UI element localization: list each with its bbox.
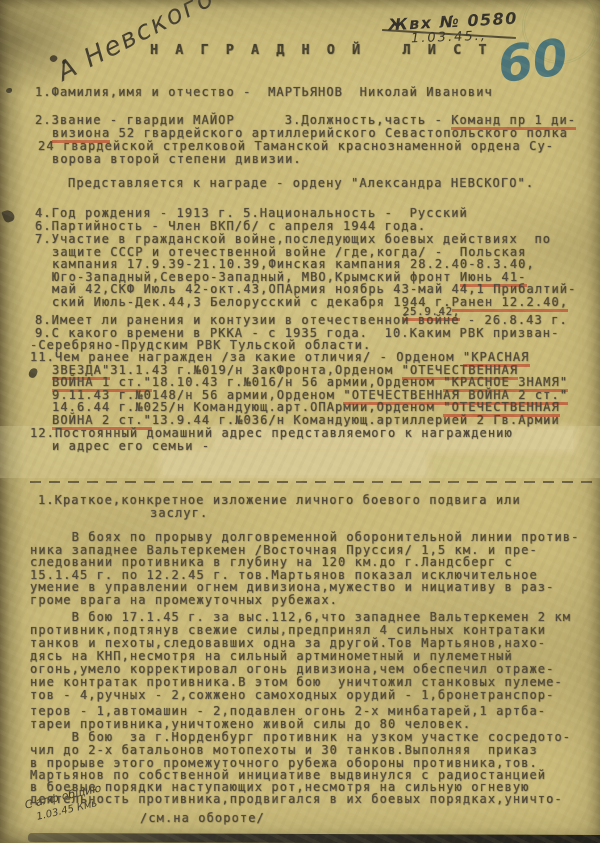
typed-line: ВОЙНА 2 ст."13.9.44 г.№036/н Командующ.а… xyxy=(52,414,560,426)
typed-line: ворова второй степени дивизии. xyxy=(52,153,302,165)
typed-line: следовании противника в глубину на 120 к… xyxy=(30,556,513,568)
typed-line: тов - 4,ручных - 2,сожжено самоходных ор… xyxy=(30,689,554,701)
typed-line: 24 гвардейской стрелковой Таманской крас… xyxy=(38,140,554,152)
document-title: Н А Г Р А Д Н О Й Л И С Т xyxy=(150,44,491,56)
typed-text: кампания 17.9.39-21.10.39,Финская кампан… xyxy=(52,257,535,271)
typed-line: тареи противника,уничтожено живой силы д… xyxy=(30,718,471,730)
typed-line: ВОЙНА 1 ст."18.10.43 г.№016/н 56 армии,О… xyxy=(52,376,568,388)
typed-line: В бою за г.Норденбург противник на узком… xyxy=(30,731,571,743)
typed-line: май 42,СКФ Июль 42-окт.43,ОПАрмия ноябрь… xyxy=(52,283,576,295)
typed-line: Представляется к награде - ордену "Алекс… xyxy=(68,177,534,189)
typed-text: 14.6.44 г.№025/н Командующ.арт.ОПАрмии,О… xyxy=(52,400,443,414)
typed-line: визиона 52 гвардейского артиллерийского … xyxy=(52,127,568,139)
typed-text: ский Июль-Дек.44,3 Белорусский с декабря… xyxy=(52,295,452,309)
typed-line: громе врага на промежуточных рубежах. xyxy=(30,594,338,606)
typed-text: В боях по прорыву долговременной оборони… xyxy=(30,530,579,544)
typed-line: умение в управлении огнем дивизиона,муже… xyxy=(30,581,554,593)
typed-text: умение в управлении огнем дивизиона,муже… xyxy=(30,580,554,594)
typed-text: 52 гвардейского артиллерийского Севастоп… xyxy=(110,126,568,140)
typed-text: заслуг. xyxy=(150,506,208,520)
redacted-address-block-2 xyxy=(163,452,425,475)
typed-text: деятельность противника,продвигался в их… xyxy=(30,792,563,806)
typed-text: /см.на обороте/ xyxy=(140,811,265,825)
ink-mark xyxy=(28,367,38,379)
typed-text: громе врага на промежуточных рубежах. xyxy=(30,593,338,607)
typed-text: огонь,умело корректировал огонь дивизион… xyxy=(30,662,554,676)
typed-text: 11.Чем ранее награжден /за какие отличия… xyxy=(30,350,463,364)
typed-line: 7.Участие в гражданской войне,последующи… xyxy=(35,233,551,245)
typed-text: 2.Звание - гвардии МАЙОР 3.Должность,час… xyxy=(35,113,451,127)
typed-text: Н А Г Р А Д Н О Й Л И С Т xyxy=(150,42,491,58)
ink-mark xyxy=(1,208,15,223)
typed-line: 12.Постоянный домашний адрес представляе… xyxy=(30,427,513,439)
typed-text: 24 гвардейской стрелковой Таманской крас… xyxy=(38,139,554,153)
typed-text: тареи противника,уничтожено живой силы д… xyxy=(30,717,471,731)
typed-line: противник,подтянув свежие силы,предприня… xyxy=(30,624,546,636)
scan-edge-artifact xyxy=(28,833,600,843)
award-sheet-page: А Невского Жвх № 0580 1.03.45., 60 С алф… xyxy=(0,0,600,843)
typed-text: следовании противника в глубину на 120 к… xyxy=(30,555,513,569)
typed-line: 8.Имеет ли ранения и контузии в отечеств… xyxy=(35,314,568,326)
typed-text: теров - 1,автомашин - 2,подавлен огонь 2… xyxy=(30,704,546,718)
typed-line: заслуг. xyxy=(150,507,208,519)
typed-text: В бою 17.1.45 г. за выс.112,6,что западн… xyxy=(30,610,571,624)
typed-line: 14.6.44 г.№025/н Командующ.арт.ОПАрмии,О… xyxy=(52,401,560,413)
typed-line: 1.Фамилия,имя и отчество - МАРТЬЯНОВ Ник… xyxy=(35,86,493,98)
typed-line: и адрес его семьи - xyxy=(52,440,210,452)
typed-text: 6.Партийность - Член ВКП/б/ с апреля 194… xyxy=(35,219,426,233)
typed-text: противник,подтянув свежие силы,предприня… xyxy=(30,623,546,637)
typed-text: В бою за г.Норденбург противник на узком… xyxy=(30,730,571,744)
typed-text: 1.Краткое,конкретное изложение личного б… xyxy=(38,493,521,507)
typed-text: 12.Постоянный домашний адрес представляе… xyxy=(30,426,513,440)
typed-text: чил до 2-х батальонов мотопехоты и 30 та… xyxy=(30,743,538,757)
typed-text: танков и пехоты,следовавших одна за друг… xyxy=(30,636,546,650)
typed-text: и адрес его семьи - xyxy=(52,439,210,453)
typed-line: В бою 17.1.45 г. за выс.112,6,что западн… xyxy=(30,611,571,623)
handwritten-page-number: 60 xyxy=(495,28,571,94)
typed-line: 1.Краткое,конкретное изложение личного б… xyxy=(38,494,521,506)
typed-text: 4.Год рождения - 1913 г. 5.Национальност… xyxy=(35,206,468,220)
typed-line: 11.Чем ранее награжден /за какие отличия… xyxy=(30,351,530,363)
typed-text: Представляется к награде - ордену "Алекс… xyxy=(68,176,534,190)
typed-text: 18.10.43 г.№016/н 56 армии,Орденом xyxy=(152,375,443,389)
ink-mark xyxy=(62,60,66,64)
typed-line: В боях по прорыву долговременной оборони… xyxy=(30,531,579,543)
see-reverse-note: /см.на обороте/ xyxy=(140,812,265,824)
typed-line: дясь на КНП,несмотря на сильный артмином… xyxy=(30,650,513,662)
typed-text: 7.Участие в гражданской войне,последующи… xyxy=(35,232,551,246)
typed-line: 4.Год рождения - 1913 г. 5.Национальност… xyxy=(35,207,468,219)
typed-line: ние контратак противника.В этом бою унич… xyxy=(30,676,563,688)
typed-text: 13.9.44 г.№036/н Командующ.артиллерией 2… xyxy=(152,413,560,427)
typed-text: 1.Фамилия,имя и отчество - МАРТЬЯНОВ Ник… xyxy=(35,85,493,99)
dashed-separator xyxy=(30,481,592,483)
typed-line: 2.Звание - гвардии МАЙОР 3.Должность,час… xyxy=(35,114,576,126)
typed-line: кампания 17.9.39-21.10.39,Финская кампан… xyxy=(52,258,535,270)
ink-mark xyxy=(6,88,12,93)
typed-line: танков и пехоты,следовавших одна за друг… xyxy=(30,637,546,649)
typed-line: ский Июль-Дек.44,3 Белорусский с декабря… xyxy=(52,296,568,308)
typed-text: 8.Имеет ли ранения и контузии в отечеств… xyxy=(35,313,568,327)
typed-line: чил до 2-х батальонов мотопехоты и 30 та… xyxy=(30,744,538,756)
typed-text: ворова второй степени дивизии. xyxy=(52,152,302,166)
typed-line: 6.Партийность - Член ВКП/б/ с апреля 194… xyxy=(35,220,426,232)
typed-text: дясь на КНП,несмотря на сильный артмином… xyxy=(30,649,513,663)
red-underlined-text: Ранен 12.2.40, xyxy=(452,295,569,312)
typed-text: тов - 4,ручных - 2,сожжено самоходных ор… xyxy=(30,688,554,702)
typed-line: огонь,умело корректировал огонь дивизион… xyxy=(30,663,554,675)
typed-line: теров - 1,автомашин - 2,подавлен огонь 2… xyxy=(30,705,546,717)
typed-text: май 42,СКФ Июль 42-окт.43,ОПАрмия ноябрь… xyxy=(52,282,576,296)
typed-text: ние контратак противника.В этом бою унич… xyxy=(30,675,563,689)
typed-line: деятельность противника,продвигался в их… xyxy=(30,793,563,805)
